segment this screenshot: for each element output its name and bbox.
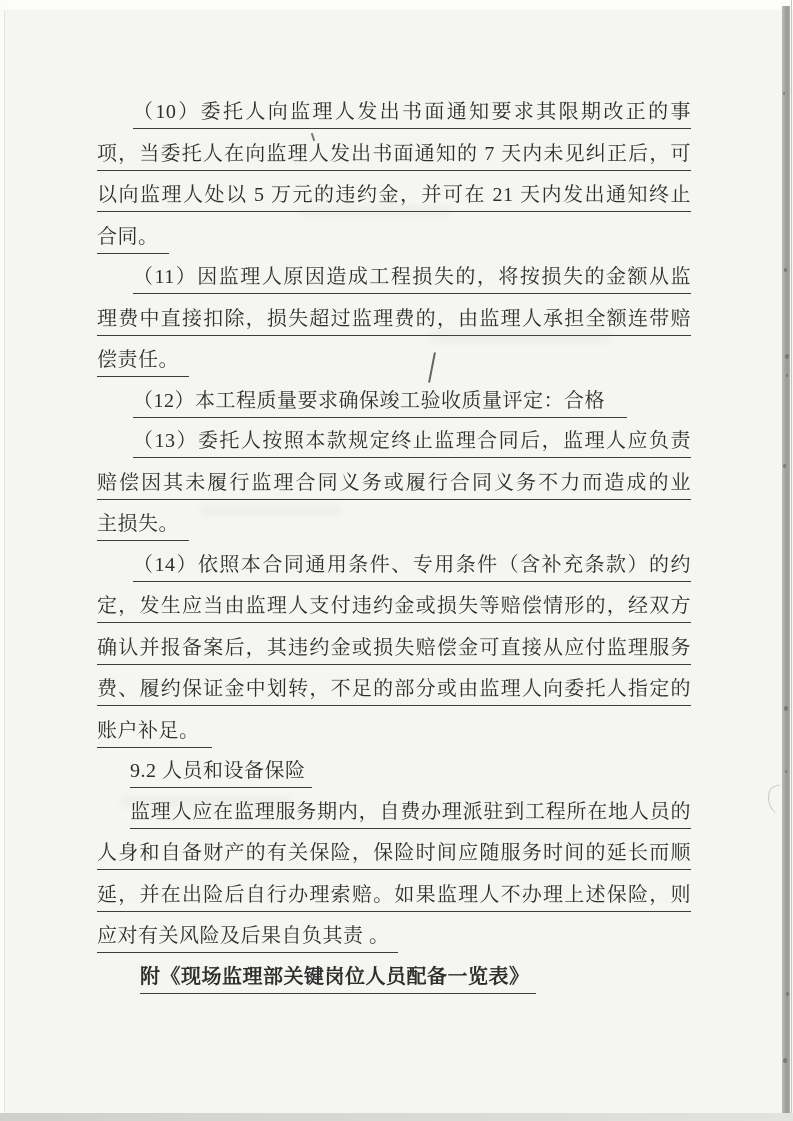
page-edge-line [791,0,792,1121]
document-body: （10）委托人向监理人发出书面通知要求其限期改正的事项，当委托人在向监理人发出书… [97,96,691,1001]
scan-bottom-band [0,1113,793,1121]
text-line: 附《现场监理部关键岗位人员配备一览表》 [140,961,691,993]
text-line: 9.2 人员和设备保险 [130,755,691,787]
underlined-text: 偿责任。 [97,344,189,377]
edge-speckle [783,92,785,95]
text-line: 应对有关风险及后果自负其责 。 [97,920,691,952]
bleedthrough-smudge [430,330,610,344]
text-line: 人身和自备财产的有关保险，保险时间应随服务时间的延长而顺 [97,837,691,870]
underlined-text: 主损失。 [97,508,189,541]
edge-speckle [784,268,787,272]
underlined-text: 合同。 [97,221,169,254]
text-line: （14）依照本合同通用条件、专用条件（含补充条款）的约 [133,549,691,582]
text-line: 项，当委托人在向监理人发出书面通知的 7 天内未见纠正后，可 [97,138,691,171]
scan-left-crease [4,10,5,1113]
text-line: （12）本工程质量要求确保竣工验收质量评定：合格 [133,385,691,417]
scan-top-band [0,0,793,10]
text-line: 确认并报备案后，其违约金或损失赔偿金可直接从应付监理服务 [97,632,691,665]
bleedthrough-smudge [120,795,290,808]
bleedthrough-smudge [200,505,340,517]
edge-speckle [785,770,787,773]
edge-speckle [786,992,789,996]
text-line: （11）因监理人原因造成工程损失的，将按损失的金额从监 [133,261,691,294]
edge-speckle [786,374,788,377]
text-line: 赔偿因其未履行监理合同义务或履行合同义务不力而造成的业 [97,467,691,500]
edge-speckle [785,354,789,359]
text-line: 主损失。 [97,508,691,540]
text-line: （13）委托人按照本款规定终止监理合同后，监理人应负责 [133,425,691,458]
underlined-text: 附《现场监理部关键岗位人员配备一览表》 [140,961,536,994]
edge-speckle [783,1058,787,1063]
edge-speckle [784,706,788,711]
text-line: 定，发生应当由监理人支付违约金或损失等赔偿情形的，经双方 [97,590,691,623]
text-line: 账户补足。 [97,715,691,747]
underlined-text: 9.2 人员和设备保险 [130,755,312,788]
page-edge-strip [782,6,790,1114]
text-line: 偿责任。 [97,344,691,376]
underlined-text: 应对有关风险及后果自负其责 。 [97,920,398,953]
edge-speckle [783,464,786,468]
text-line: 延，并在出险后自行办理索赔。如果监理人不办理上述保险，则 [97,879,691,912]
underlined-text: 账户补足。 [97,715,212,748]
text-line: 费、履约保证金中划转，不足的部分或由监理人向委托人指定的 [97,673,691,706]
text-line: （10）委托人向监理人发出书面通知要求其限期改正的事 [133,96,691,129]
bleedthrough-smudge [300,205,450,217]
scanned-page: （10）委托人向监理人发出书面通知要求其限期改正的事项，当委托人在向监理人发出书… [0,0,793,1121]
text-line: 合同。 [97,221,691,253]
underlined-text: （12）本工程质量要求确保竣工验收质量评定：合格 [133,385,627,418]
